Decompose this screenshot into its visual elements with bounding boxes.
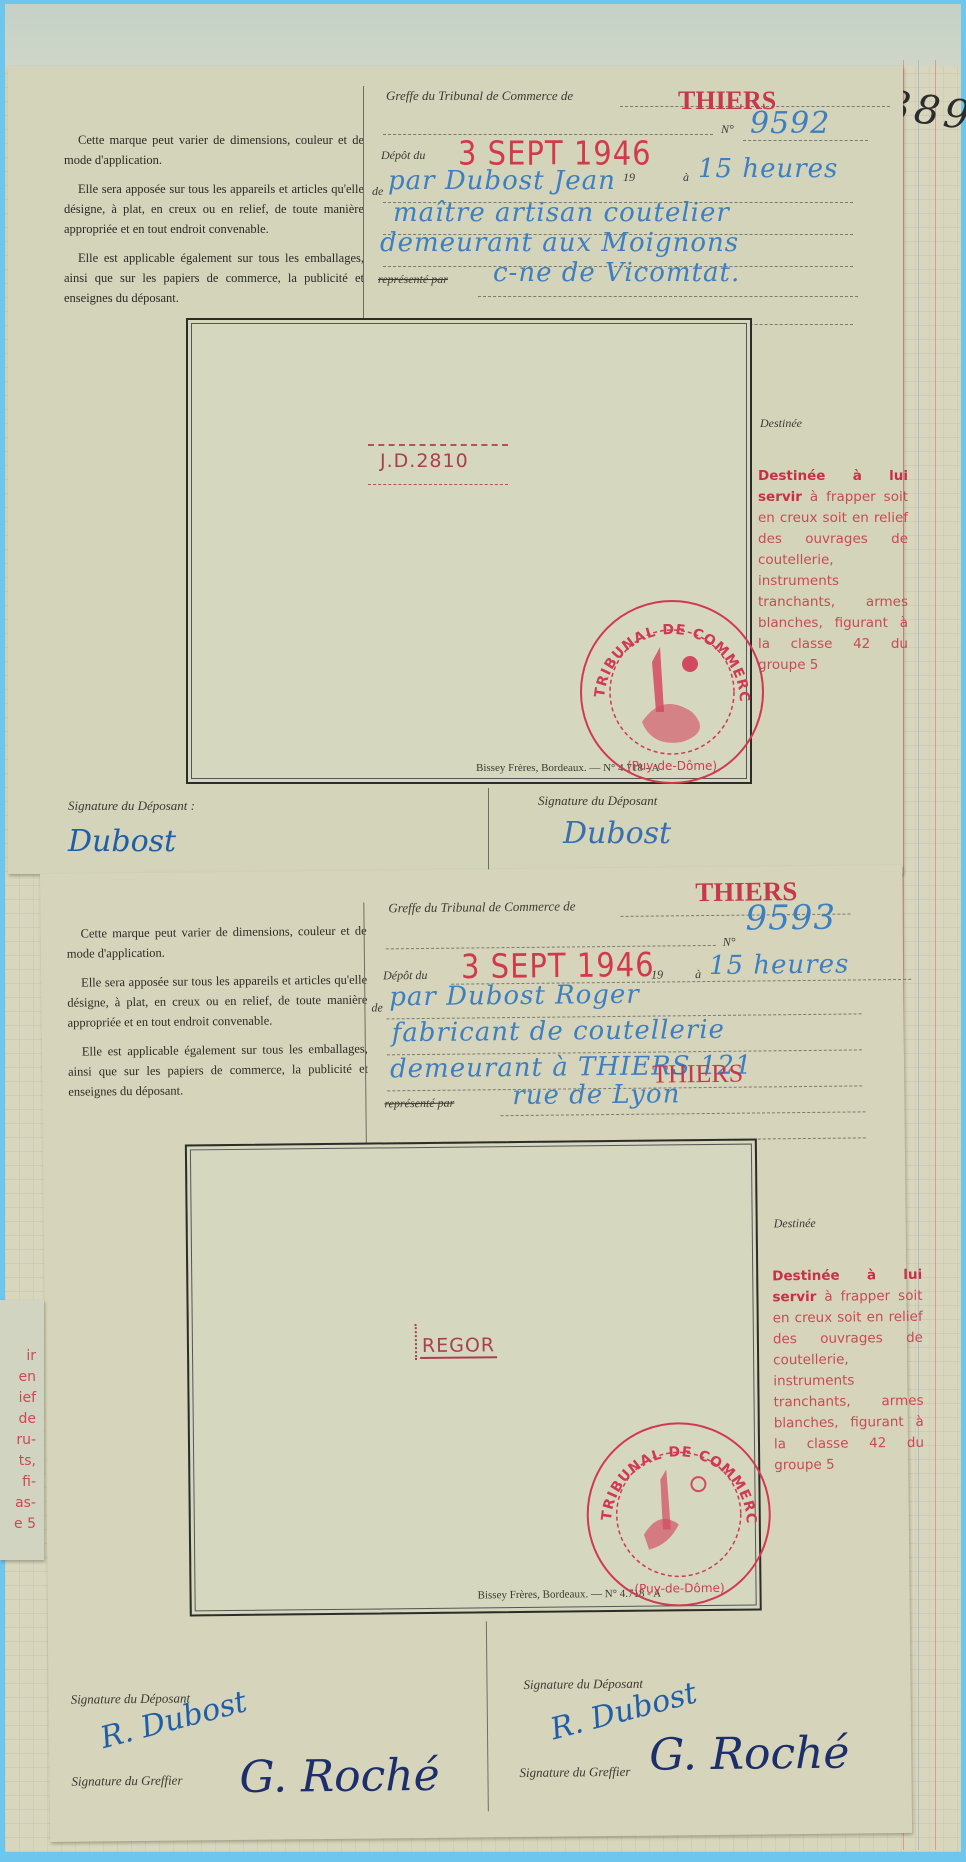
- signature-greffier-label: Signature du Greffier: [71, 1773, 182, 1790]
- strip-line: ief: [2, 1388, 36, 1409]
- greffier-signature: G. Roché: [239, 1750, 440, 1803]
- notice-paragraph: Cette marque peut varier de dimensions, …: [67, 921, 367, 964]
- column-divider: [363, 86, 364, 326]
- column-divider: [488, 788, 489, 874]
- strip-line: ir: [2, 1346, 36, 1367]
- destination-label: Destinée: [760, 416, 802, 431]
- notice-paragraph: Elle est applicable également sur tous l…: [68, 1039, 369, 1102]
- number-label: N°: [723, 935, 736, 950]
- seal-text: TRIBUNAL DE COMMERCE DE THIERS: [588, 1423, 759, 1526]
- mark-bracket: [415, 1324, 419, 1360]
- depositor-line: fabricant de coutellerie: [392, 1015, 726, 1048]
- represented-by-label: représenté par: [384, 1096, 454, 1112]
- strip-line: e 5: [2, 1514, 36, 1535]
- signature-greffier-label-right: Signature du Greffier: [519, 1764, 630, 1781]
- destination-label: Destinée: [774, 1216, 816, 1231]
- signature-depositor-label: Signature du Déposant :: [68, 798, 195, 814]
- time-label: à: [695, 967, 701, 982]
- signature-depositor-label-right: Signature du Déposant: [523, 1676, 643, 1693]
- depositor-line: rue de Lyon: [512, 1079, 680, 1111]
- signature-depositor-label-right: Signature du Déposant: [538, 793, 657, 809]
- field-line: [501, 1111, 866, 1116]
- deposit-time: 15 heures: [709, 950, 850, 981]
- depositor-line: par Dubost Jean: [388, 166, 616, 196]
- notice-paragraph: Elle sera apposée sur tous les appareils…: [67, 970, 368, 1033]
- deposit-date-label: Dépôt du: [381, 148, 425, 163]
- court-seal: TRIBUNAL DE COMMERCE DE THIERS (Puy-de-D…: [580, 600, 764, 784]
- seal-text: TRIBUNAL DE COMMERCE DE THIERS: [582, 602, 752, 703]
- number-label: N°: [721, 122, 734, 137]
- court-registry-label: Greffe du Tribunal de Commerce de: [388, 898, 575, 916]
- form-notice: Cette marque peut varier de dimensions, …: [64, 130, 364, 317]
- strip-line: en: [2, 1367, 36, 1388]
- court-seal: TRIBUNAL DE COMMERCE DE THIERS (Puy-de-D…: [586, 1421, 772, 1607]
- depositor-line: maître artisan coutelier: [393, 198, 730, 228]
- depositor-signature-right: Dubost: [563, 816, 671, 851]
- seal-emblem-icon: TRIBUNAL DE COMMERCE DE THIERS (Puy-de-D…: [588, 1423, 770, 1605]
- strip-line: ts,: [2, 1451, 36, 1472]
- strip-line: fi-: [2, 1472, 36, 1493]
- registration-number: 9593: [745, 898, 836, 939]
- trademark-code-text: REGOR: [420, 1334, 497, 1359]
- destination-text: Destinée à lui servir à frapper soit en …: [772, 1265, 924, 1477]
- form-notice: Cette marque peut varier de dimensions, …: [67, 921, 369, 1111]
- strip-line: as-: [2, 1493, 36, 1514]
- greffier-signature-right: G. Roché: [649, 1728, 850, 1781]
- destination-text: Destinée à lui servir à frapper soit en …: [758, 466, 908, 676]
- represented-by-label: représenté par: [378, 272, 448, 287]
- seal-region: (Puy-de-Dôme): [627, 759, 717, 773]
- field-line: [478, 296, 858, 297]
- depositor-line: c-ne de Vicomtat.: [493, 258, 740, 288]
- ledger-red-rule: [935, 60, 936, 1850]
- svg-text:TRIBUNAL DE COMMERCE DE THIERS: TRIBUNAL DE COMMERCE DE THIERS: [582, 602, 752, 703]
- ledger-blue-rule: [918, 60, 919, 1850]
- field-line: [743, 140, 868, 141]
- ledger-top-edge: [5, 4, 961, 66]
- depositor-line: demeurant aux Moignons: [380, 228, 739, 258]
- underlying-page-strip: ir en ief de ru- ts, fi- as- e 5: [0, 1300, 44, 1560]
- trademark-deposit-form-2: Cette marque peut varier de dimensions, …: [40, 865, 912, 1842]
- time-label: à: [683, 170, 689, 185]
- notice-paragraph: Elle est applicable également sur tous l…: [64, 248, 364, 308]
- year-label: 19: [623, 170, 635, 185]
- seal-region: (Puy-de-Dôme): [634, 1581, 724, 1596]
- strip-line: ru-: [2, 1430, 36, 1451]
- depositor-line: par Dubost Roger: [389, 980, 640, 1013]
- trademark-code: REGOR: [419, 1333, 498, 1358]
- destination-text-rest: à frapper soit en creux soit en relief d…: [758, 489, 908, 673]
- deposit-time: 15 heures: [698, 154, 838, 184]
- registration-number: 9592: [750, 106, 830, 141]
- destination-text-rest: à frapper soit en creux soit en relief d…: [773, 1288, 924, 1474]
- column-divider: [486, 1621, 489, 1811]
- depositor-label: de: [371, 1000, 382, 1015]
- year-label: 19: [651, 967, 663, 982]
- seal-emblem-icon: TRIBUNAL DE COMMERCE DE THIERS (Puy-de-D…: [582, 602, 762, 782]
- court-registry-label: Greffe du Tribunal de Commerce de: [386, 88, 573, 104]
- trademark-deposit-form-1: Cette marque peut varier de dimensions, …: [8, 66, 903, 874]
- underlying-page-text: ir en ief de ru- ts, fi- as- e 5: [2, 1346, 36, 1535]
- depositor-label: de: [372, 184, 383, 199]
- notice-paragraph: Elle sera apposée sur tous les appareils…: [64, 179, 364, 239]
- mark-frame: [368, 444, 508, 485]
- notice-paragraph: Cette marque peut varier de dimensions, …: [64, 130, 364, 170]
- depositor-signature: Dubost: [68, 824, 176, 859]
- svg-text:TRIBUNAL DE COMMERCE DE THIERS: TRIBUNAL DE COMMERCE DE THIERS: [588, 1423, 759, 1526]
- strip-line: de: [2, 1409, 36, 1430]
